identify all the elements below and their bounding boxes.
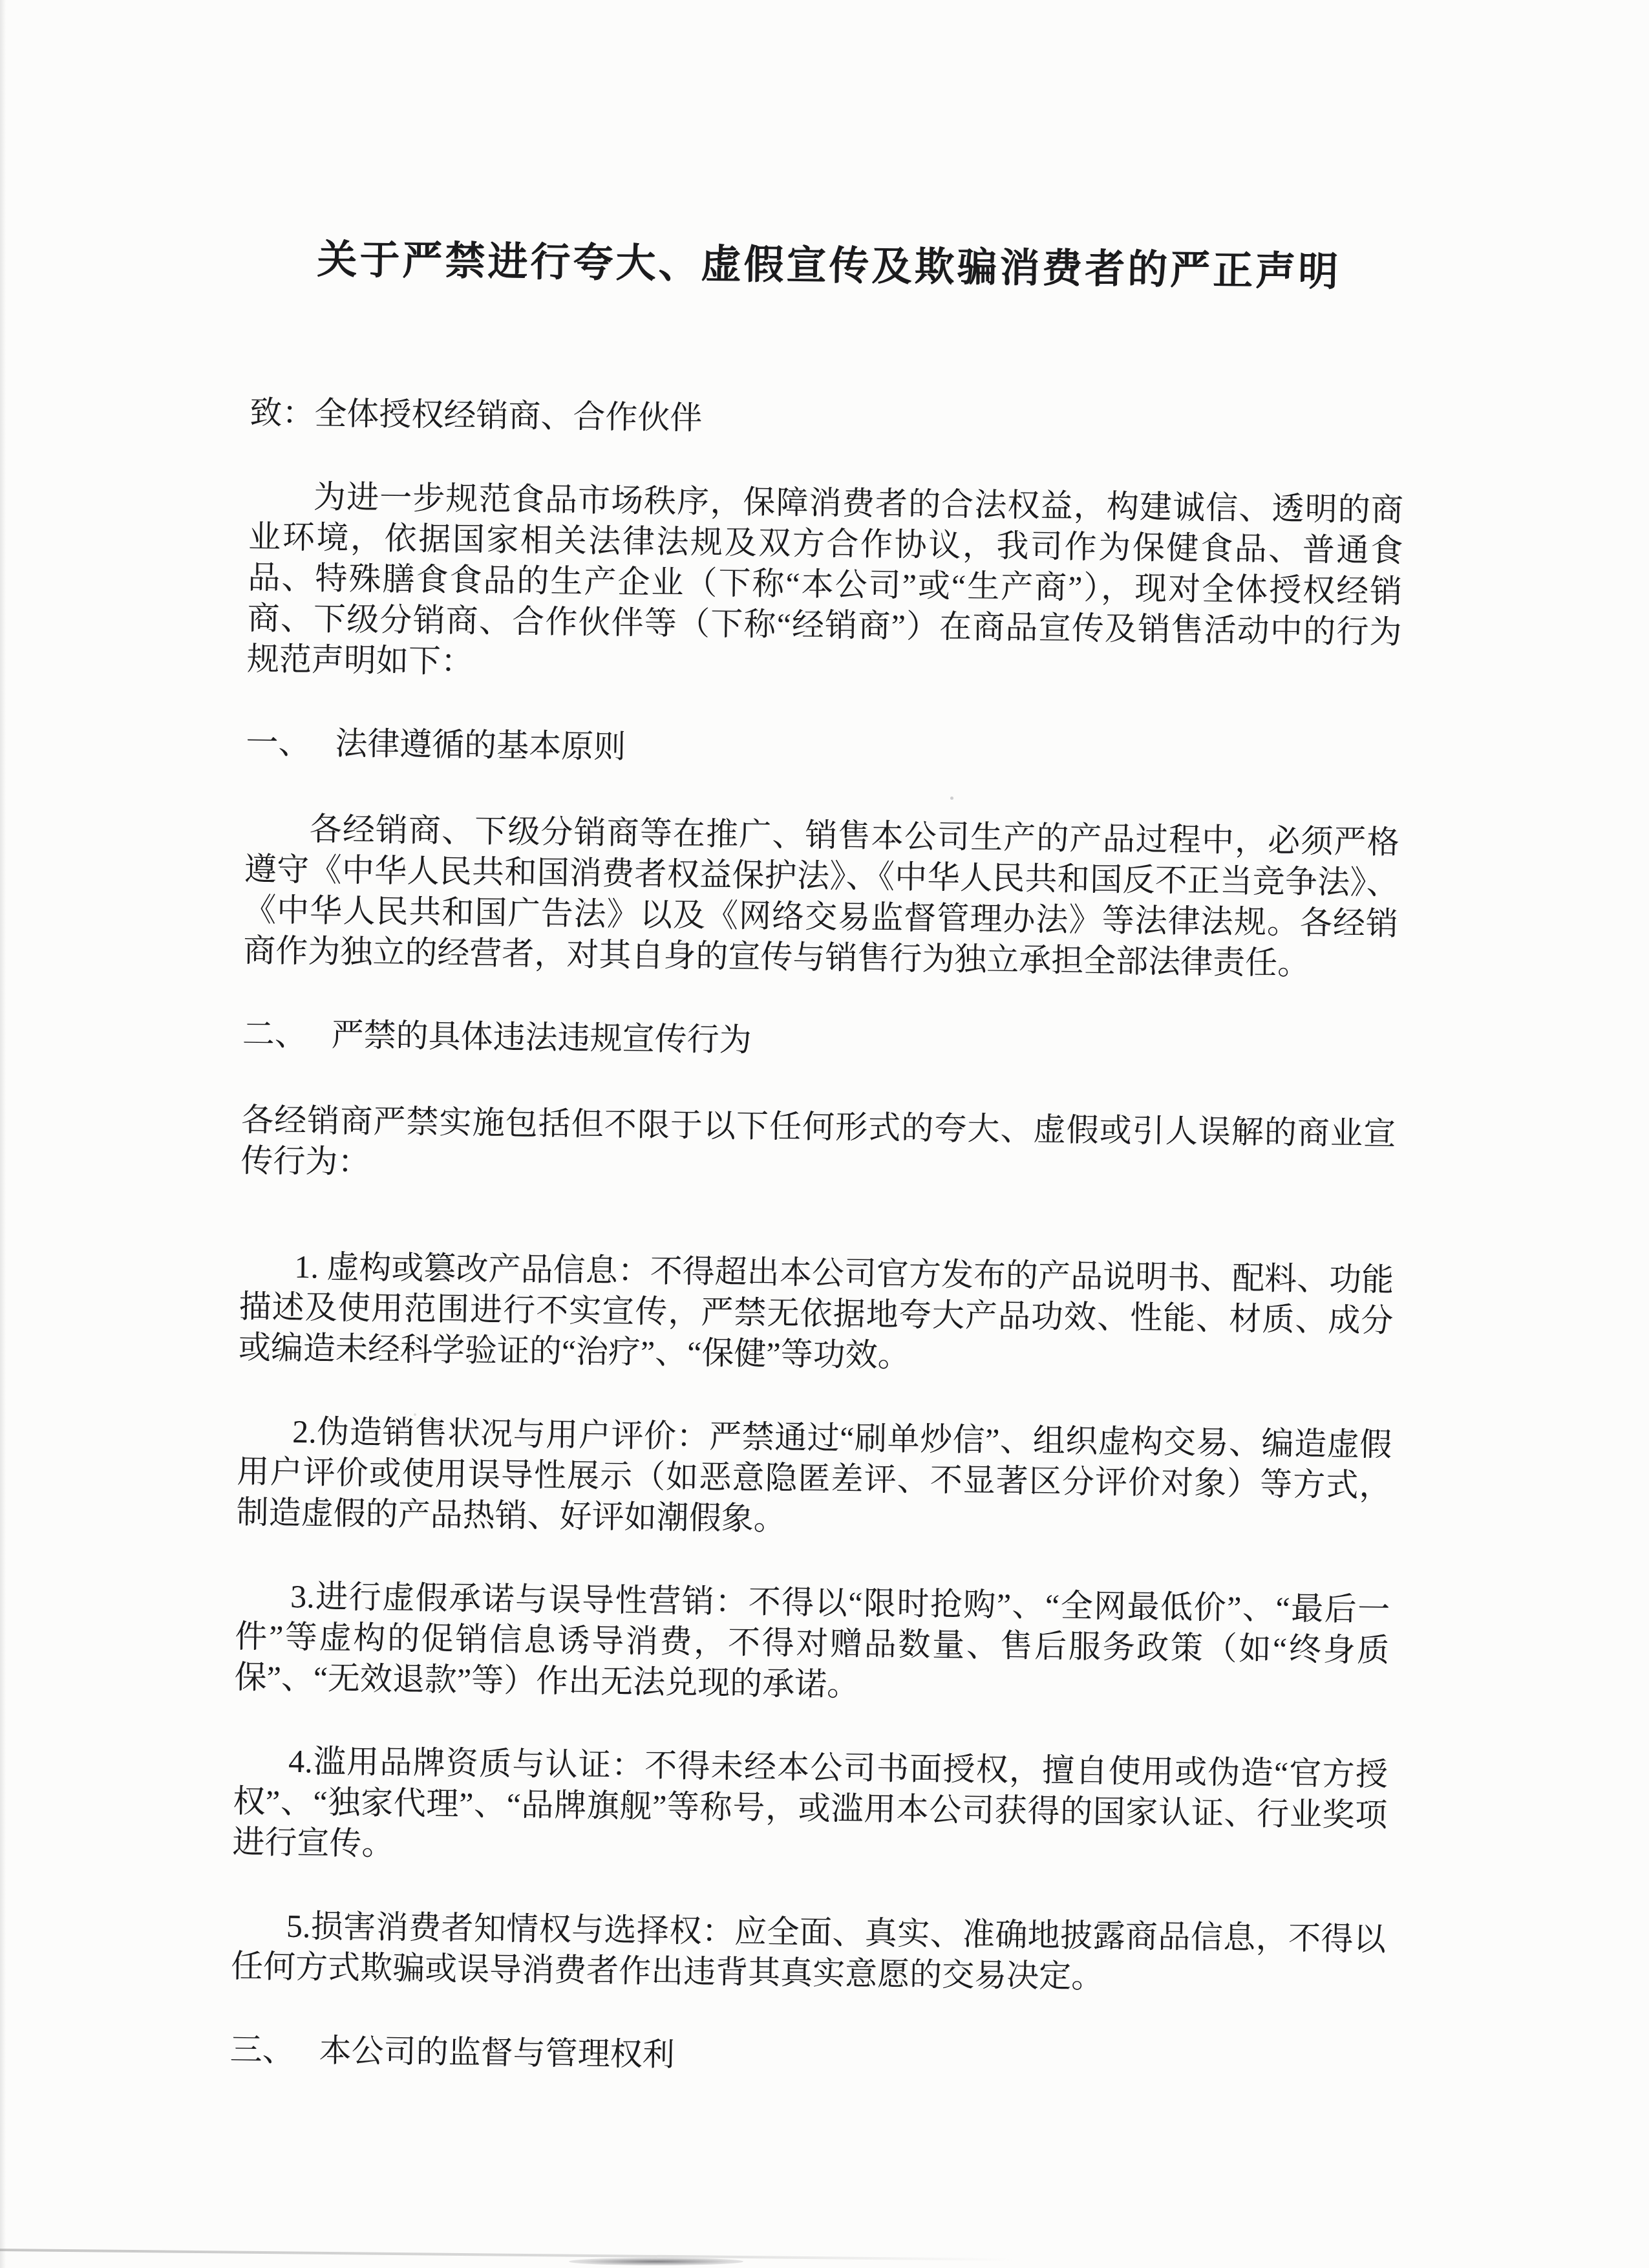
- section-1-body: 各经销商、下级分销商等在推广、销售本公司生产的产品过程中，必须严格遵守《中华人民…: [243, 808, 1399, 985]
- document-title: 关于严禁进行夸大、虚假宣传及欺骗消费者的严正声明: [251, 231, 1407, 301]
- section-3-title: 本公司的监督与管理权利: [319, 2032, 675, 2073]
- section-1-title: 法律遵循的基本原则: [335, 725, 626, 765]
- section-2-number: 二、: [242, 1016, 307, 1053]
- scan-bottom-smudge: [569, 2258, 743, 2265]
- prohibited-item-1: 1. 虚构或篡改产品信息：不得超出本公司官方发布的产品说明书、配料、功能描述及使…: [239, 1246, 1394, 1382]
- intro-paragraph: 为进一步规范食品市场秩序，保障消费者的合法权益，构建诚信、透明的商业环境，依据国…: [247, 476, 1404, 694]
- section-3-heading: 三、本公司的监督与管理权利: [229, 2029, 1385, 2084]
- scanned-document-page: 关于严禁进行夸大、虚假宣传及欺骗消费者的严正声明 致：全体授权经销商、合作伙伴 …: [0, 0, 1649, 2268]
- prohibited-item-4: 4.滥用品牌资质与认证：不得未经本公司书面授权，擅自使用或伪造“官方授权”、“独…: [232, 1740, 1388, 1877]
- section-2-title: 严禁的具体违法违规宣传行为: [331, 1017, 752, 1058]
- scan-speck: [414, 1413, 416, 1416]
- scan-bottom-edge-line: [0, 2249, 1014, 2261]
- section-2-heading: 二、严禁的具体违法违规宣传行为: [242, 1014, 1397, 1069]
- scan-speck: [950, 797, 953, 800]
- salutation-line: 致：全体授权经销商、合作伙伴: [250, 392, 1405, 447]
- prohibited-item-3: 3.进行虚假承诺与误导性营销：不得以“限时抢购”、“全网最低价”、“最后一件”等…: [234, 1576, 1390, 1712]
- section-3-number: 三、: [229, 2031, 295, 2068]
- section-1-heading: 一、法律遵循的基本原则: [246, 722, 1401, 777]
- prohibited-item-5: 5.损害消费者知情权与选择权：应全面、真实、准确地披露商品信息，不得以任何方式欺…: [231, 1905, 1386, 2001]
- prohibited-item-2: 2.伪造销售状况与用户评价：严禁通过“刷单炒信”、组织虚构交易、编造虚假用户评价…: [236, 1411, 1392, 1547]
- section-1-number: 一、: [246, 724, 311, 761]
- scan-left-edge-artifact: [0, 0, 6, 2268]
- document-content: 关于严禁进行夸大、虚假宣传及欺骗消费者的严正声明 致：全体授权经销商、合作伙伴 …: [229, 231, 1406, 2130]
- section-2-lead: 各经销商严禁实施包括但不限于以下任何形式的夸大、虚假或引人误解的商业宣传行为：: [240, 1100, 1396, 1195]
- scan-speck: [915, 906, 918, 909]
